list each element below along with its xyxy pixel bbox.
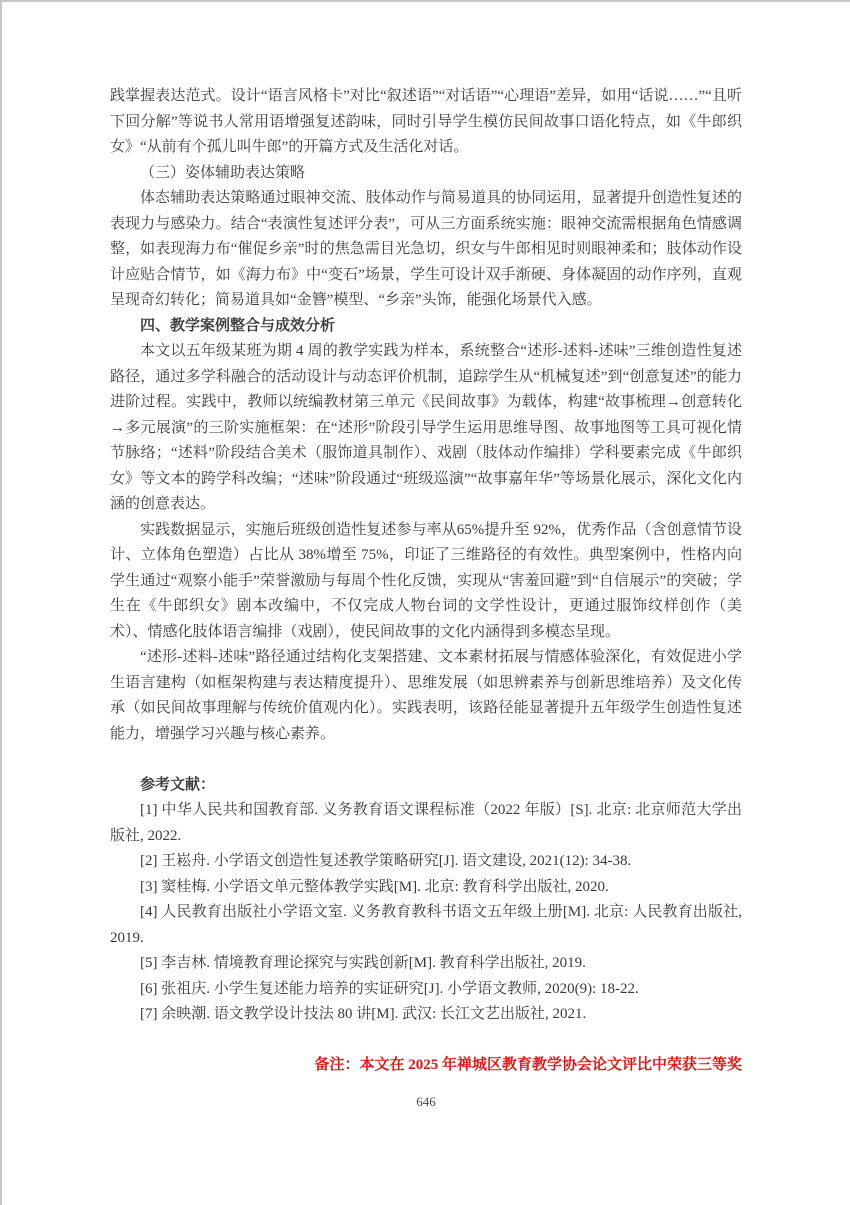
reference-3: [3] 窦桂梅. 小学语文单元整体教学实践[M]. 北京: 教育科学出版社, 2… bbox=[110, 875, 742, 901]
reference-2: [2] 王崧舟. 小学语文创造性复述教学策略研究[J]. 语文建设, 2021(… bbox=[110, 849, 742, 875]
document-page: 践掌握表达范式。设计“语言风格卡”对比“叙述语”“对话语”“心理语”差异，如用“… bbox=[0, 0, 850, 1205]
subsection-heading-3: （三）姿体辅助表达策略 bbox=[110, 161, 742, 187]
reference-7: [7] 余映潮. 语文教学设计技法 80 讲[M]. 武汉: 长江文艺出版社, … bbox=[110, 1002, 742, 1028]
section-heading-4: 四、教学案例整合与成效分析 bbox=[110, 314, 742, 340]
body-paragraph-practice-data: 实践数据显示，实施后班级创造性复述参与率从65%提升至 92%，优秀作品（含创意… bbox=[110, 518, 742, 646]
body-paragraph-conclusion: “述形-述料-述味”路径通过结构化支架搭建、文本素材拓展与情感体验深化，有效促进… bbox=[110, 645, 742, 747]
continuation-paragraph: 践掌握表达范式。设计“语言风格卡”对比“叙述语”“对话语”“心理语”差异，如用“… bbox=[110, 84, 742, 161]
reference-1: [1] 中华人民共和国教育部. 义务教育语文课程标准（2022 年版）[S]. … bbox=[110, 798, 742, 849]
reference-4: [4] 人民教育出版社小学语文室. 义务教育教科书语文五年级上册[M]. 北京:… bbox=[110, 900, 742, 951]
page-number: 646 bbox=[110, 1089, 742, 1115]
award-note: 备注：本文在 2025 年禅城区教育教学协会论文评比中荣获三等奖 bbox=[110, 1053, 742, 1079]
references-heading: 参考文献： bbox=[110, 773, 742, 799]
reference-6: [6] 张祖庆. 小学生复述能力培养的实证研究[J]. 小学语文教师, 2020… bbox=[110, 977, 742, 1003]
reference-5: [5] 李吉林. 情境教育理论探究与实践创新[M]. 教育科学出版社, 2019… bbox=[110, 951, 742, 977]
body-paragraph-posture-strategy: 体态辅助表达策略通过眼神交流、肢体动作与简易道具的协同运用，显著提升创造性复述的… bbox=[110, 186, 742, 314]
body-paragraph-case-framework: 本文以五年级某班为期 4 周的教学实践为样本，系统整合“述形-述料-述味”三维创… bbox=[110, 339, 742, 518]
